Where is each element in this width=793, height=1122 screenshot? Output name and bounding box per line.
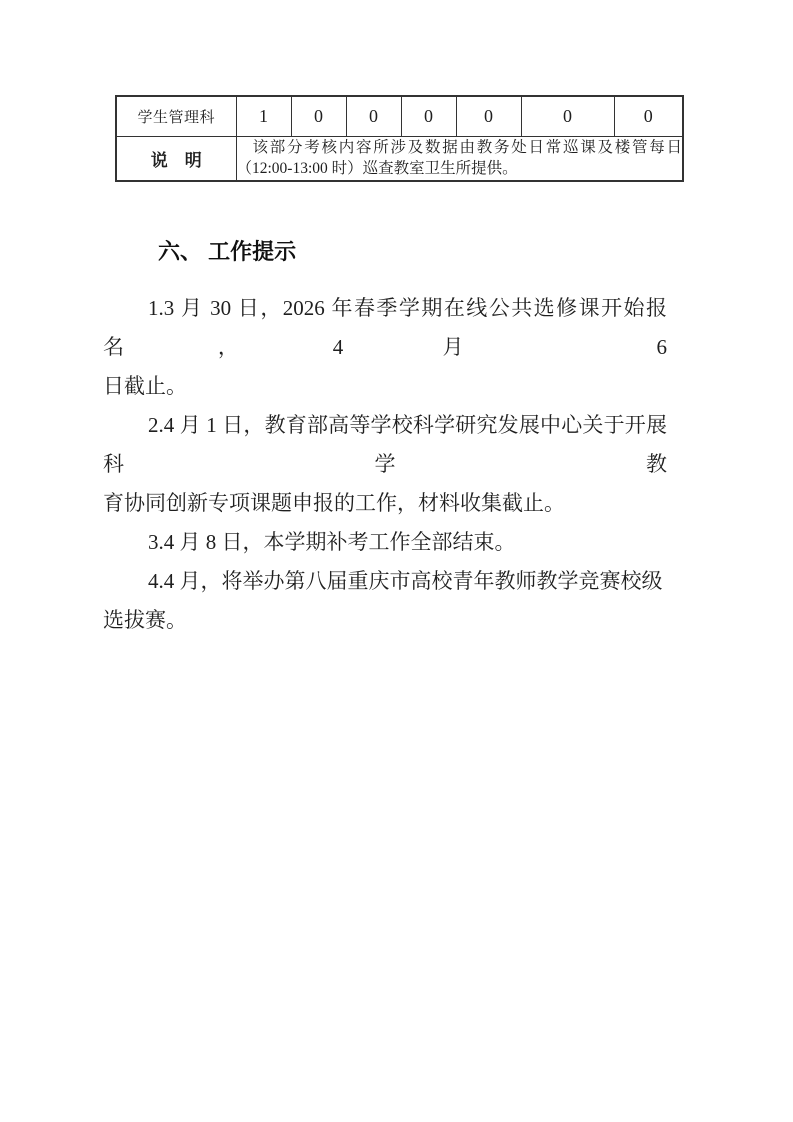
table-row-student-management: 学生管理科 1 0 0 0 0 0 0 (116, 96, 683, 136)
paragraph-4: 4.4 月，将举办第八届重庆市高校青年教师教学竞赛校级选拔赛。 (103, 562, 667, 640)
note-content-cell: 该部分考核内容所涉及数据由教务处日常巡课及楼管每日 （12:00-13:00 时… (236, 136, 683, 181)
value-cell-6: 0 (521, 96, 614, 136)
paragraph-3-line-1: 3.4 月 8 日，本学期补考工作全部结束。 (103, 523, 667, 562)
row-label: 学生管理科 (116, 96, 236, 136)
paragraph-1: 1.3 月 30 日，2026 年春季学期在线公共选修课开始报名，4 月 6 日… (103, 289, 667, 406)
value-cell-3: 0 (346, 96, 401, 136)
note-text-line-2: （12:00-13:00 时）巡查教室卫生所提供。 (237, 158, 683, 179)
value-cell-1: 1 (236, 96, 291, 136)
paragraph-2-line-1: 2.4 月 1 日，教育部高等学校科学研究发展中心关于开展科学教 (103, 406, 667, 484)
paragraph-3: 3.4 月 8 日，本学期补考工作全部结束。 (103, 523, 667, 562)
value-cell-4: 0 (401, 96, 456, 136)
table-row-note: 说 明 该部分考核内容所涉及数据由教务处日常巡课及楼管每日 （12:00-13:… (116, 136, 683, 181)
value-cell-7: 0 (614, 96, 683, 136)
note-text-line-1: 该部分考核内容所涉及数据由教务处日常巡课及楼管每日 (237, 137, 683, 158)
section-body: 1.3 月 30 日，2026 年春季学期在线公共选修课开始报名，4 月 6 日… (103, 289, 667, 640)
paragraph-2: 2.4 月 1 日，教育部高等学校科学研究发展中心关于开展科学教 育协同创新专项… (103, 406, 667, 523)
value-cell-2: 0 (291, 96, 346, 136)
section-heading: 六、 工作提示 (158, 238, 296, 266)
paragraph-1-line-1: 1.3 月 30 日，2026 年春季学期在线公共选修课开始报名，4 月 6 (103, 289, 667, 367)
assessment-table: 学生管理科 1 0 0 0 0 0 0 说 明 该部分考核内容所涉及数据由教务处… (115, 95, 684, 182)
paragraph-4-line-1: 4.4 月，将举办第八届重庆市高校青年教师教学竞赛校级选拔赛。 (103, 562, 667, 640)
document-page: 学生管理科 1 0 0 0 0 0 0 说 明 该部分考核内容所涉及数据由教务处… (0, 0, 793, 1122)
paragraph-1-line-2: 日截止。 (103, 367, 667, 406)
value-cell-5: 0 (456, 96, 521, 136)
note-label: 说 明 (116, 136, 236, 181)
paragraph-2-line-2: 育协同创新专项课题申报的工作，材料收集截止。 (103, 484, 667, 523)
